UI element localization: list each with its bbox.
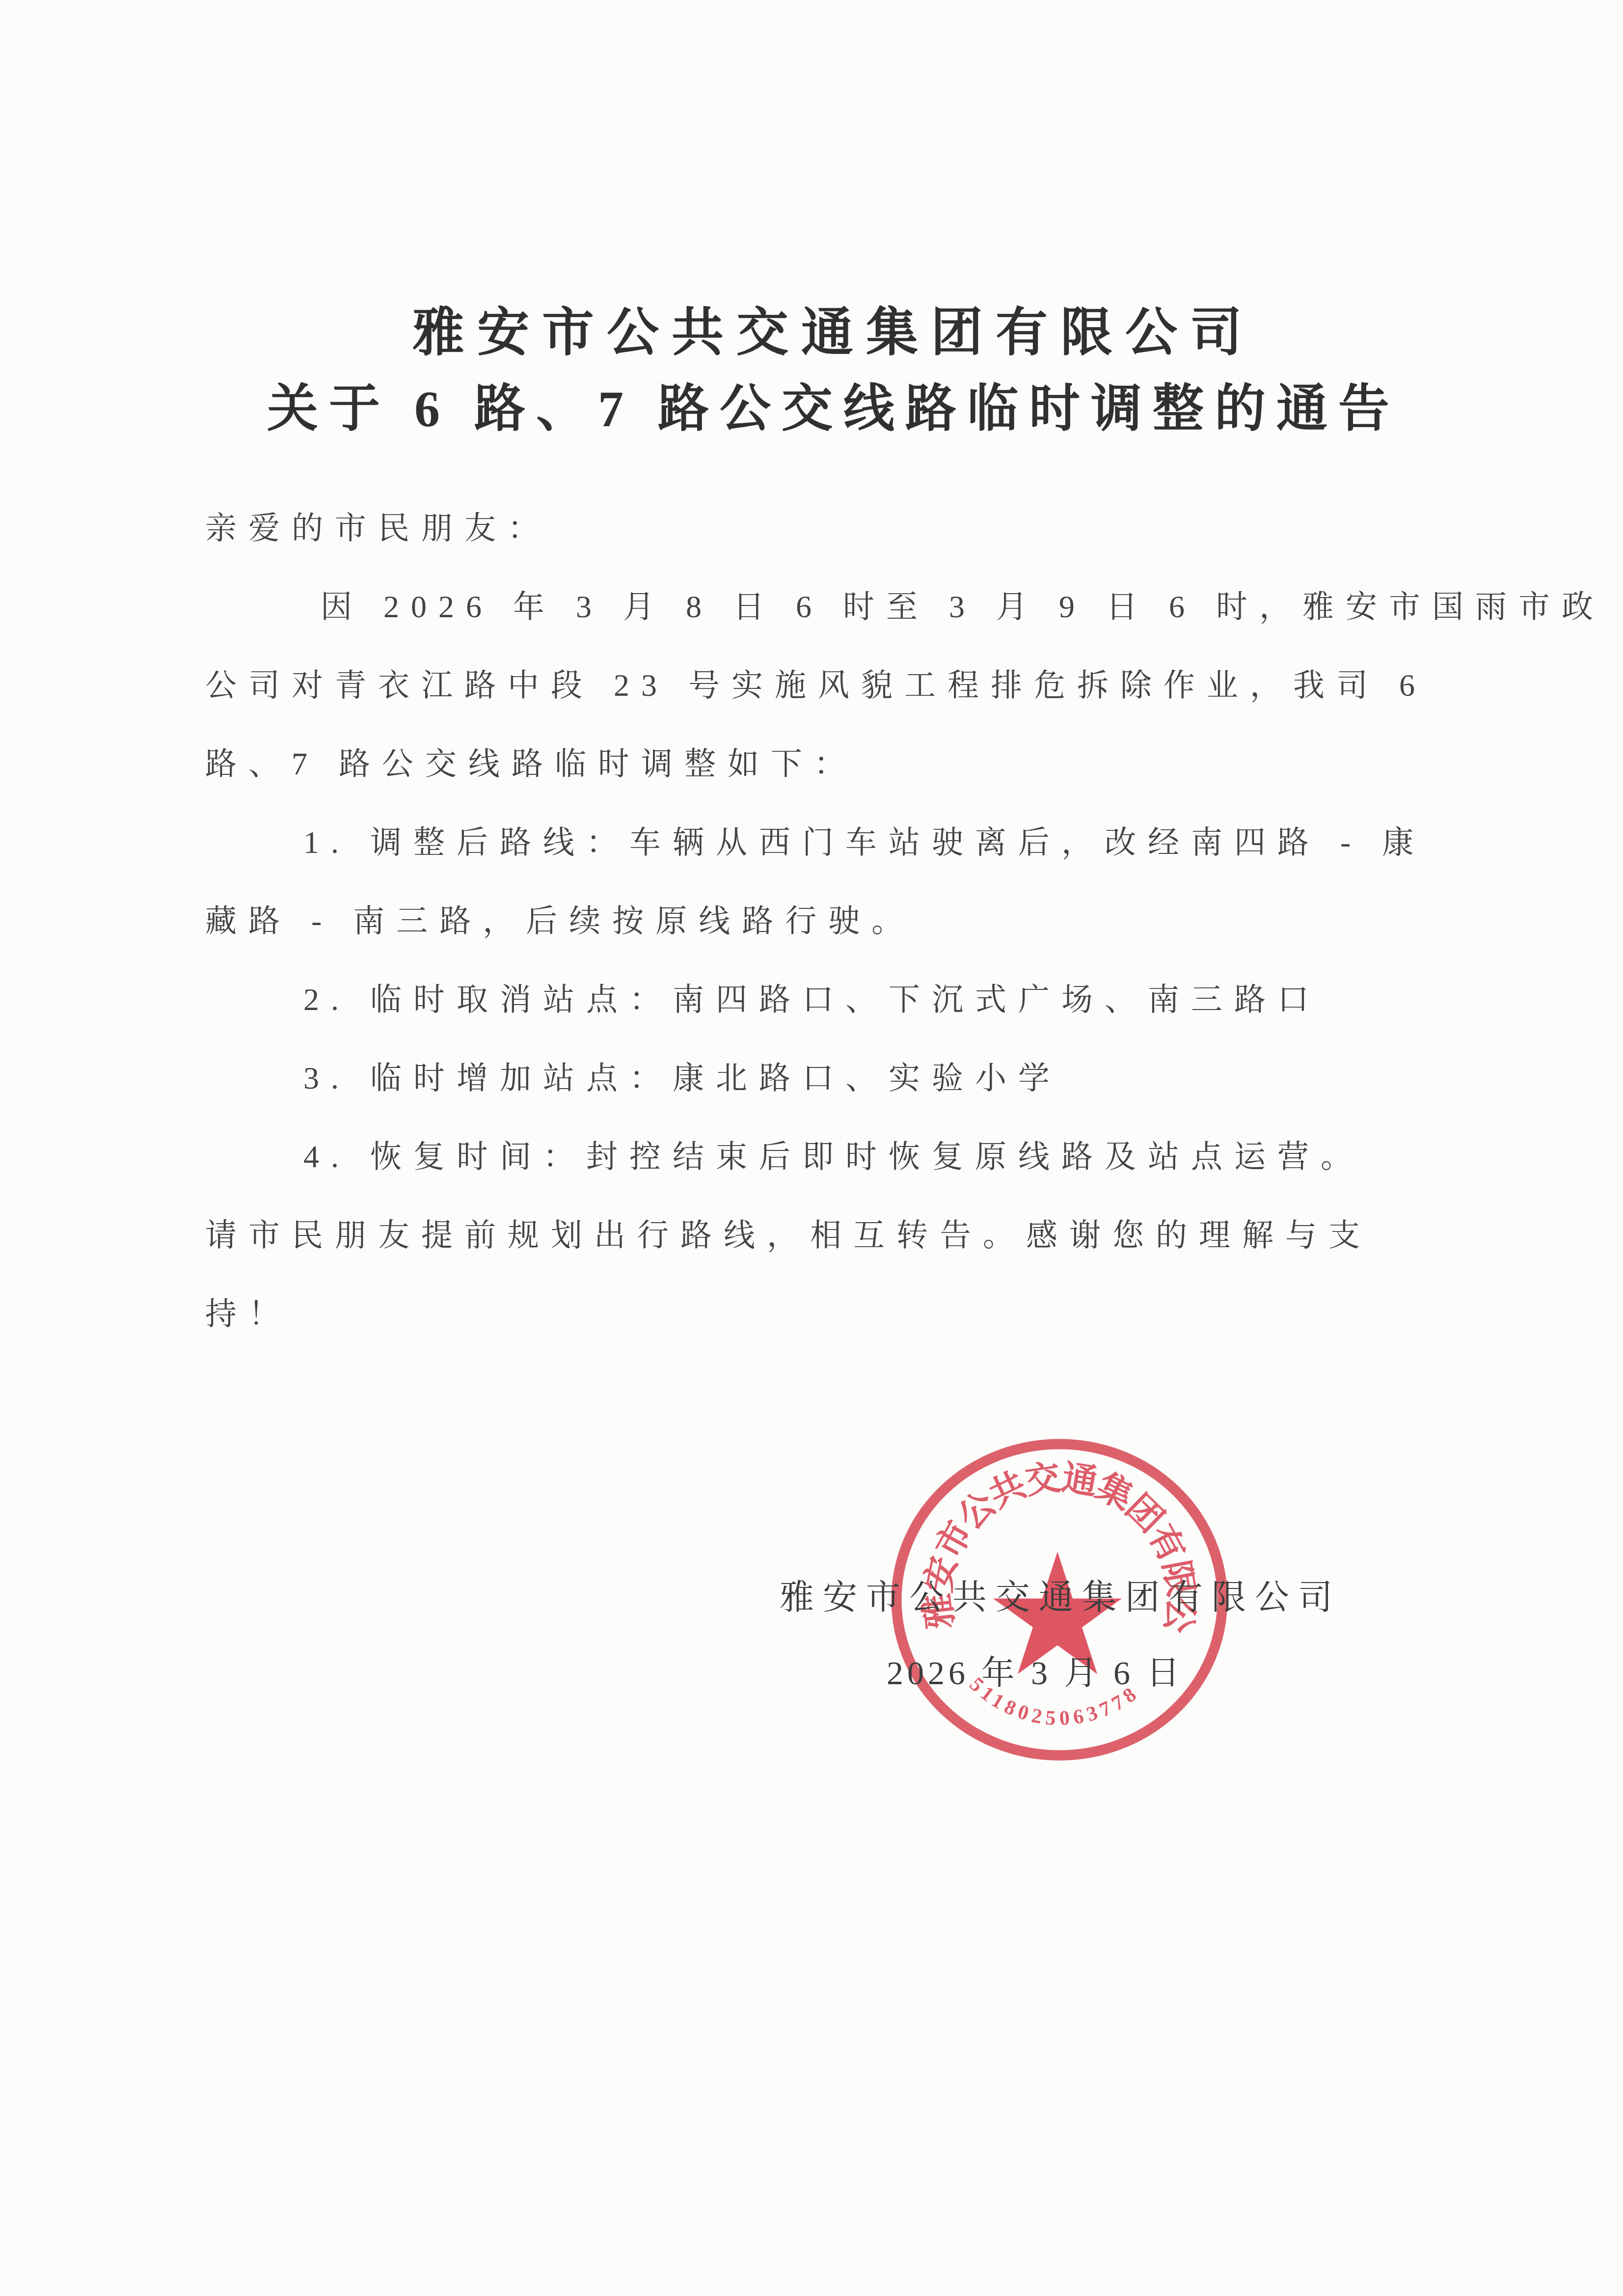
body-line: 2. 临时取消站点：南四路口、下沉式广场、南三路口 (205, 960, 1422, 1039)
body-line: 公司对青衣江路中段 23 号实施风貌工程排危拆除作业，我司 6 (205, 646, 1422, 725)
signature-date: 2026 年 3 月 6 日 (887, 1634, 1184, 1712)
document-title: 雅安市公共交通集团有限公司 关于 6 路、7 路公交线路临时调整的通告 (22, 295, 1623, 448)
body-line: 3. 临时增加站点：康北路口、实验小学 (205, 1039, 1422, 1118)
notice-document: 雅安市公共交通集团有限公司 关于 6 路、7 路公交线路临时调整的通告 亲爱的市… (0, 0, 1623, 2296)
page-title-line-1: 雅安市公共交通集团有限公司 (22, 295, 1623, 371)
body-line: 因 2026 年 3 月 8 日 6 时至 3 月 9 日 6 时，雅安市国雨市… (205, 568, 1422, 646)
body-line: 1. 调整后路线：车辆从西门车站驶离后，改经南四路 - 康 (205, 803, 1422, 882)
body-line: 持！ (205, 1275, 1422, 1353)
page-title-line-2: 关于 6 路、7 路公交线路临时调整的通告 (22, 371, 1623, 448)
signature-company: 雅安市公共交通集团有限公司 (780, 1559, 1341, 1638)
notice-body: 亲爱的市民朋友： 因 2026 年 3 月 8 日 6 时至 3 月 9 日 6… (205, 489, 1422, 1353)
body-line: 请市民朋友提前规划出行路线，相互转告。感谢您的理解与支 (205, 1196, 1422, 1275)
body-line: 4. 恢复时间：封控结束后即时恢复原线路及站点运营。 (205, 1118, 1422, 1196)
body-line: 藏路 - 南三路，后续按原线路行驶。 (205, 882, 1422, 960)
body-line: 路、7 路公交线路临时调整如下： (205, 725, 1422, 803)
salutation-line: 亲爱的市民朋友： (205, 489, 1422, 568)
